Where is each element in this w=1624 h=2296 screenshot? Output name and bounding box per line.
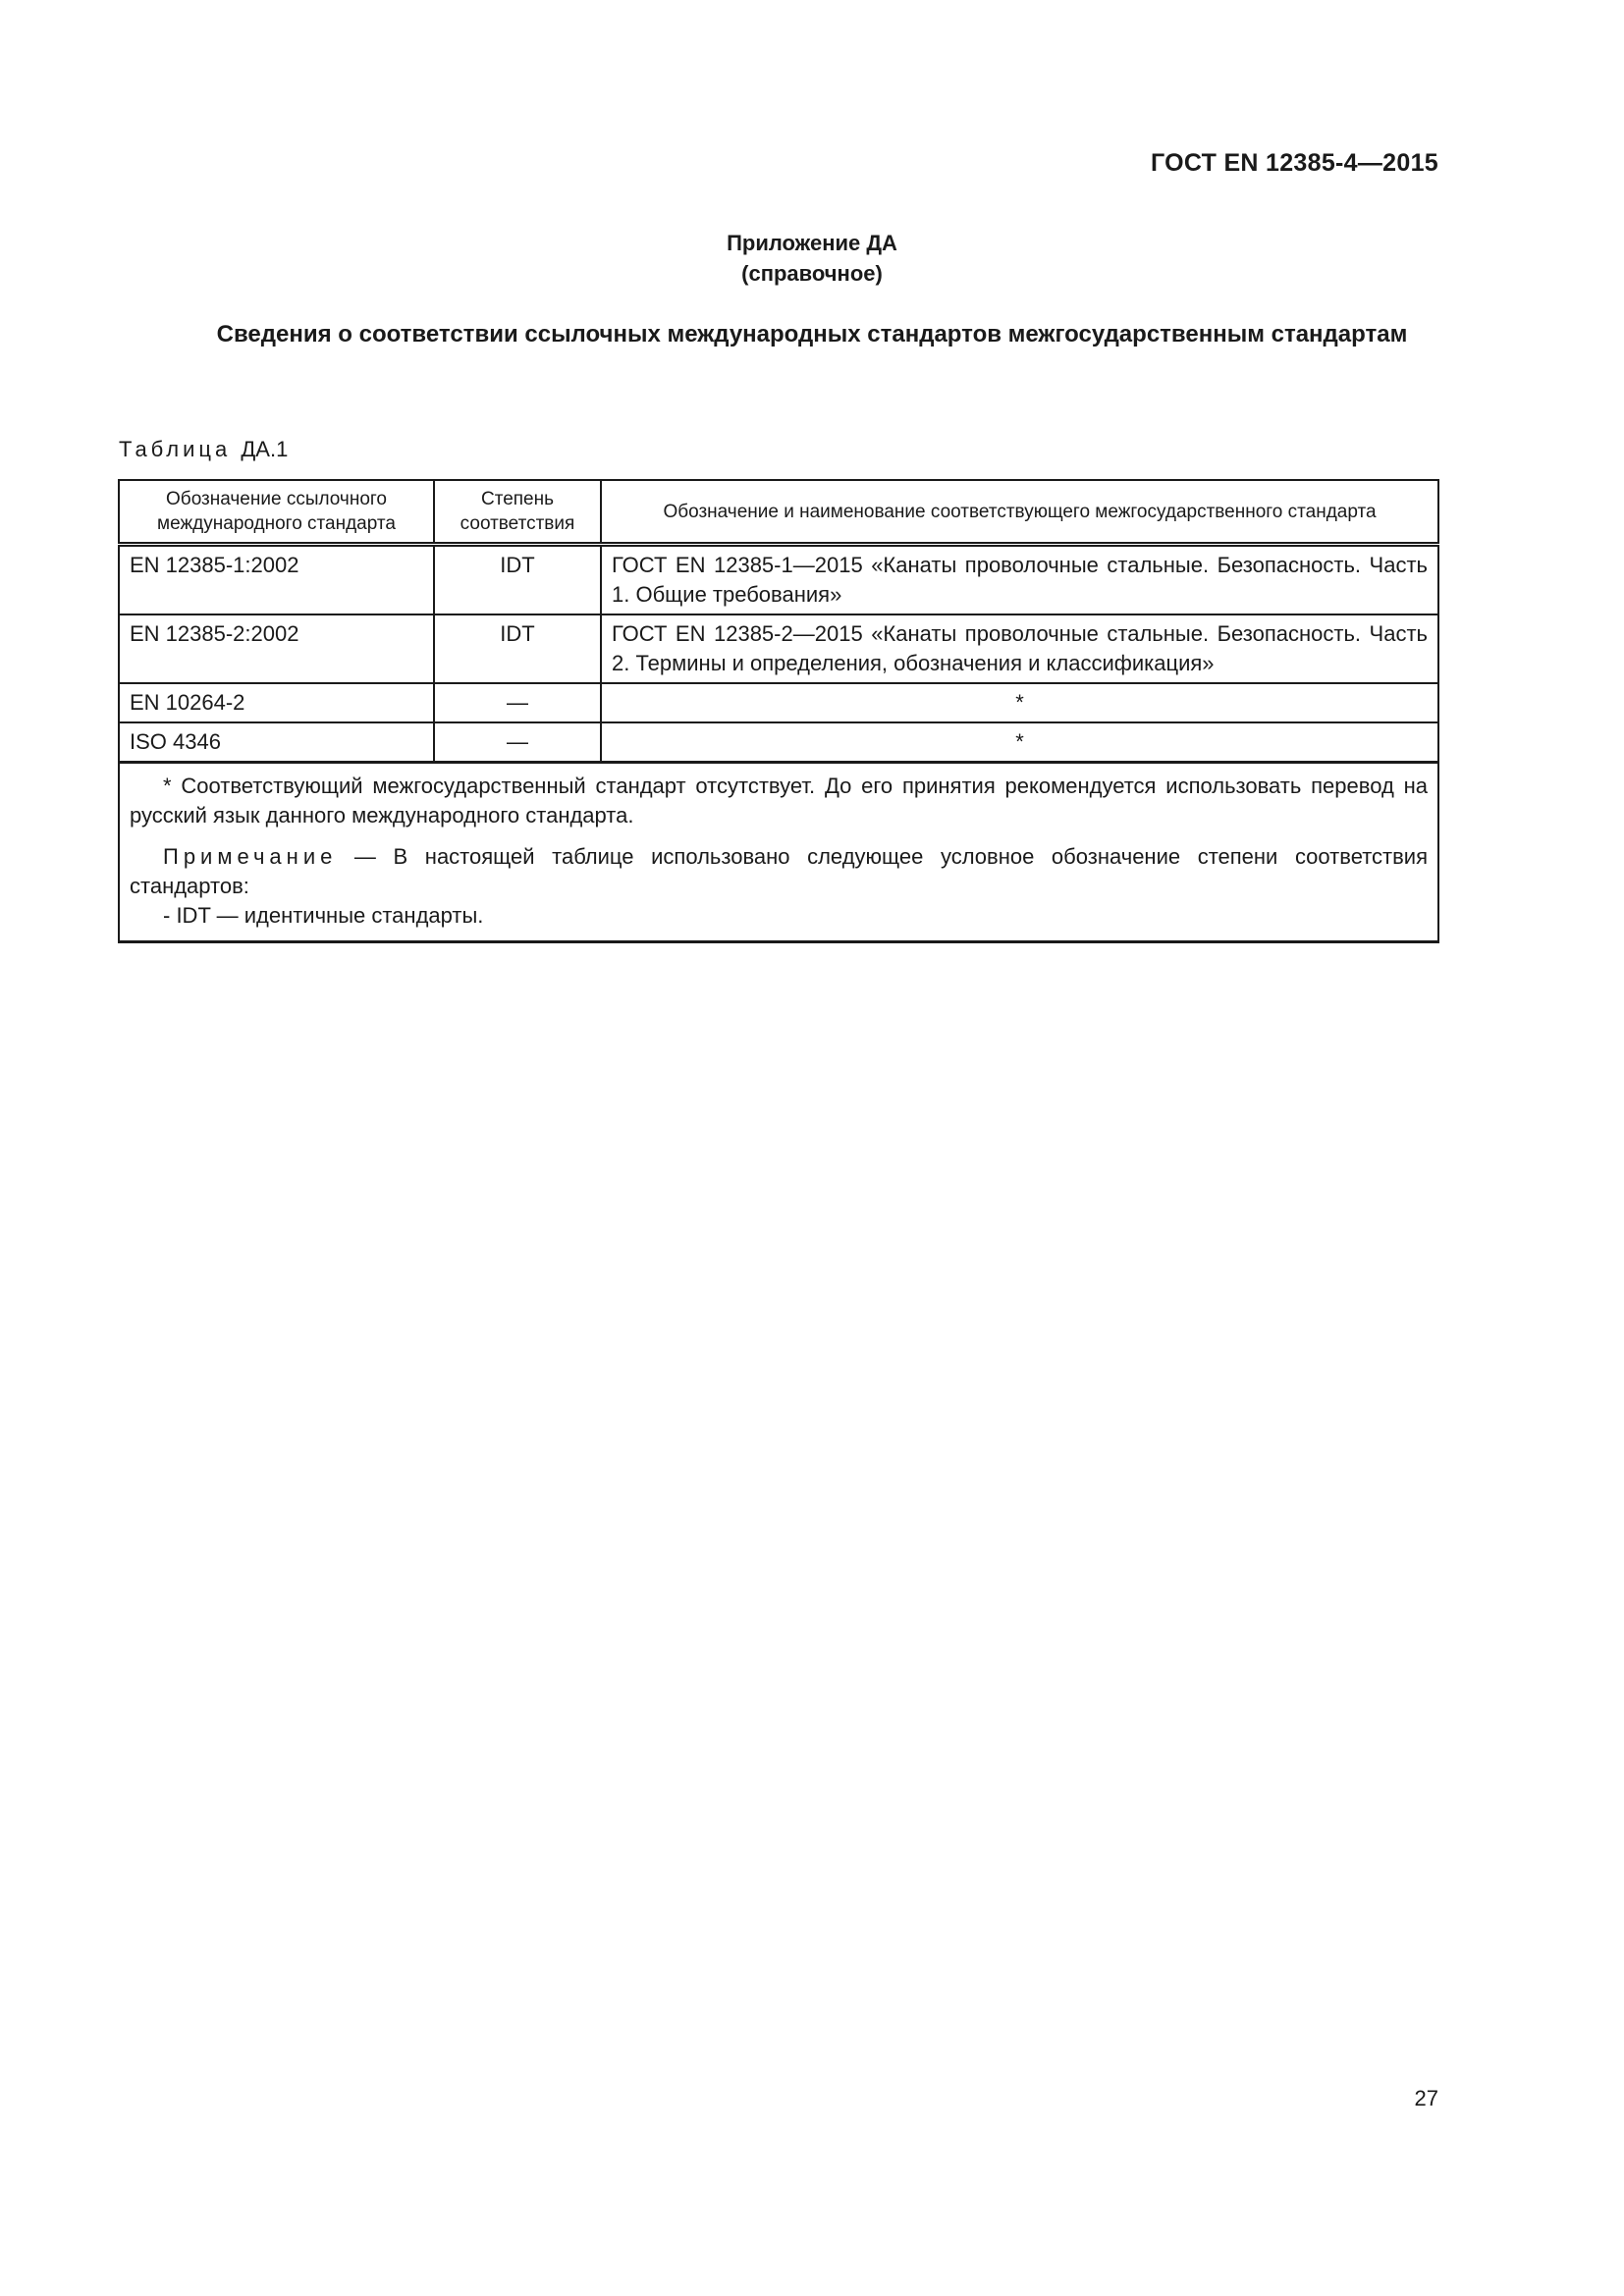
table-row: EN 10264-2 — * xyxy=(119,683,1438,722)
cell-intl-standard: ISO 4346 xyxy=(119,722,434,763)
appendix-title: Сведения о соответствии ссылочных междун… xyxy=(147,317,1477,352)
cell-intl-standard: EN 10264-2 xyxy=(119,683,434,722)
table-row: EN 12385-1:2002 IDT ГОСТ EN 12385-1—2015… xyxy=(119,545,1438,615)
column-header-interstate-standard: Обозначение и наименование соответствующ… xyxy=(601,480,1438,545)
cell-interstate-standard: * xyxy=(601,683,1438,722)
page-number: 27 xyxy=(1415,2086,1438,2111)
table-row: ISO 4346 — * xyxy=(119,722,1438,763)
table-footnote: * Соответствующий межгосударственный ста… xyxy=(130,772,1428,830)
cell-degree: — xyxy=(434,722,601,763)
column-header-degree: Степень соответствия xyxy=(434,480,601,545)
table-caption-word: Таблица xyxy=(119,437,231,461)
appendix-heading: Приложение ДА (справочное) xyxy=(0,228,1624,289)
cell-degree: — xyxy=(434,683,601,722)
appendix-label: Приложение ДА xyxy=(0,228,1624,258)
correspondence-table: Обозначение ссылочного международного ст… xyxy=(118,479,1439,943)
table-caption: Таблица ДА.1 xyxy=(119,437,288,462)
cell-degree: IDT xyxy=(434,545,601,615)
appendix-type: (справочное) xyxy=(0,258,1624,289)
cell-interstate-standard: * xyxy=(601,722,1438,763)
table-caption-number: ДА.1 xyxy=(241,437,288,461)
cell-interstate-standard: ГОСТ EN 12385-2—2015 «Канаты проволочные… xyxy=(601,614,1438,683)
cell-interstate-standard: ГОСТ EN 12385-1—2015 «Канаты проволочные… xyxy=(601,545,1438,615)
table-header-row: Обозначение ссылочного международного ст… xyxy=(119,480,1438,545)
note-item: - IDT — идентичные стандарты. xyxy=(130,901,1428,931)
table-row: EN 12385-2:2002 IDT ГОСТ EN 12385-2—2015… xyxy=(119,614,1438,683)
document-code: ГОСТ EN 12385-4—2015 xyxy=(1151,149,1438,178)
table-note: Примечание — В настоящей таблице использ… xyxy=(130,842,1428,901)
table-notes: * Соответствующий межгосударственный ста… xyxy=(119,763,1438,942)
cell-intl-standard: EN 12385-2:2002 xyxy=(119,614,434,683)
cell-intl-standard: EN 12385-1:2002 xyxy=(119,545,434,615)
table-notes-row: * Соответствующий межгосударственный ста… xyxy=(119,763,1438,942)
note-label: Примечание xyxy=(163,844,337,869)
column-header-intl-standard: Обозначение ссылочного международного ст… xyxy=(119,480,434,545)
cell-degree: IDT xyxy=(434,614,601,683)
